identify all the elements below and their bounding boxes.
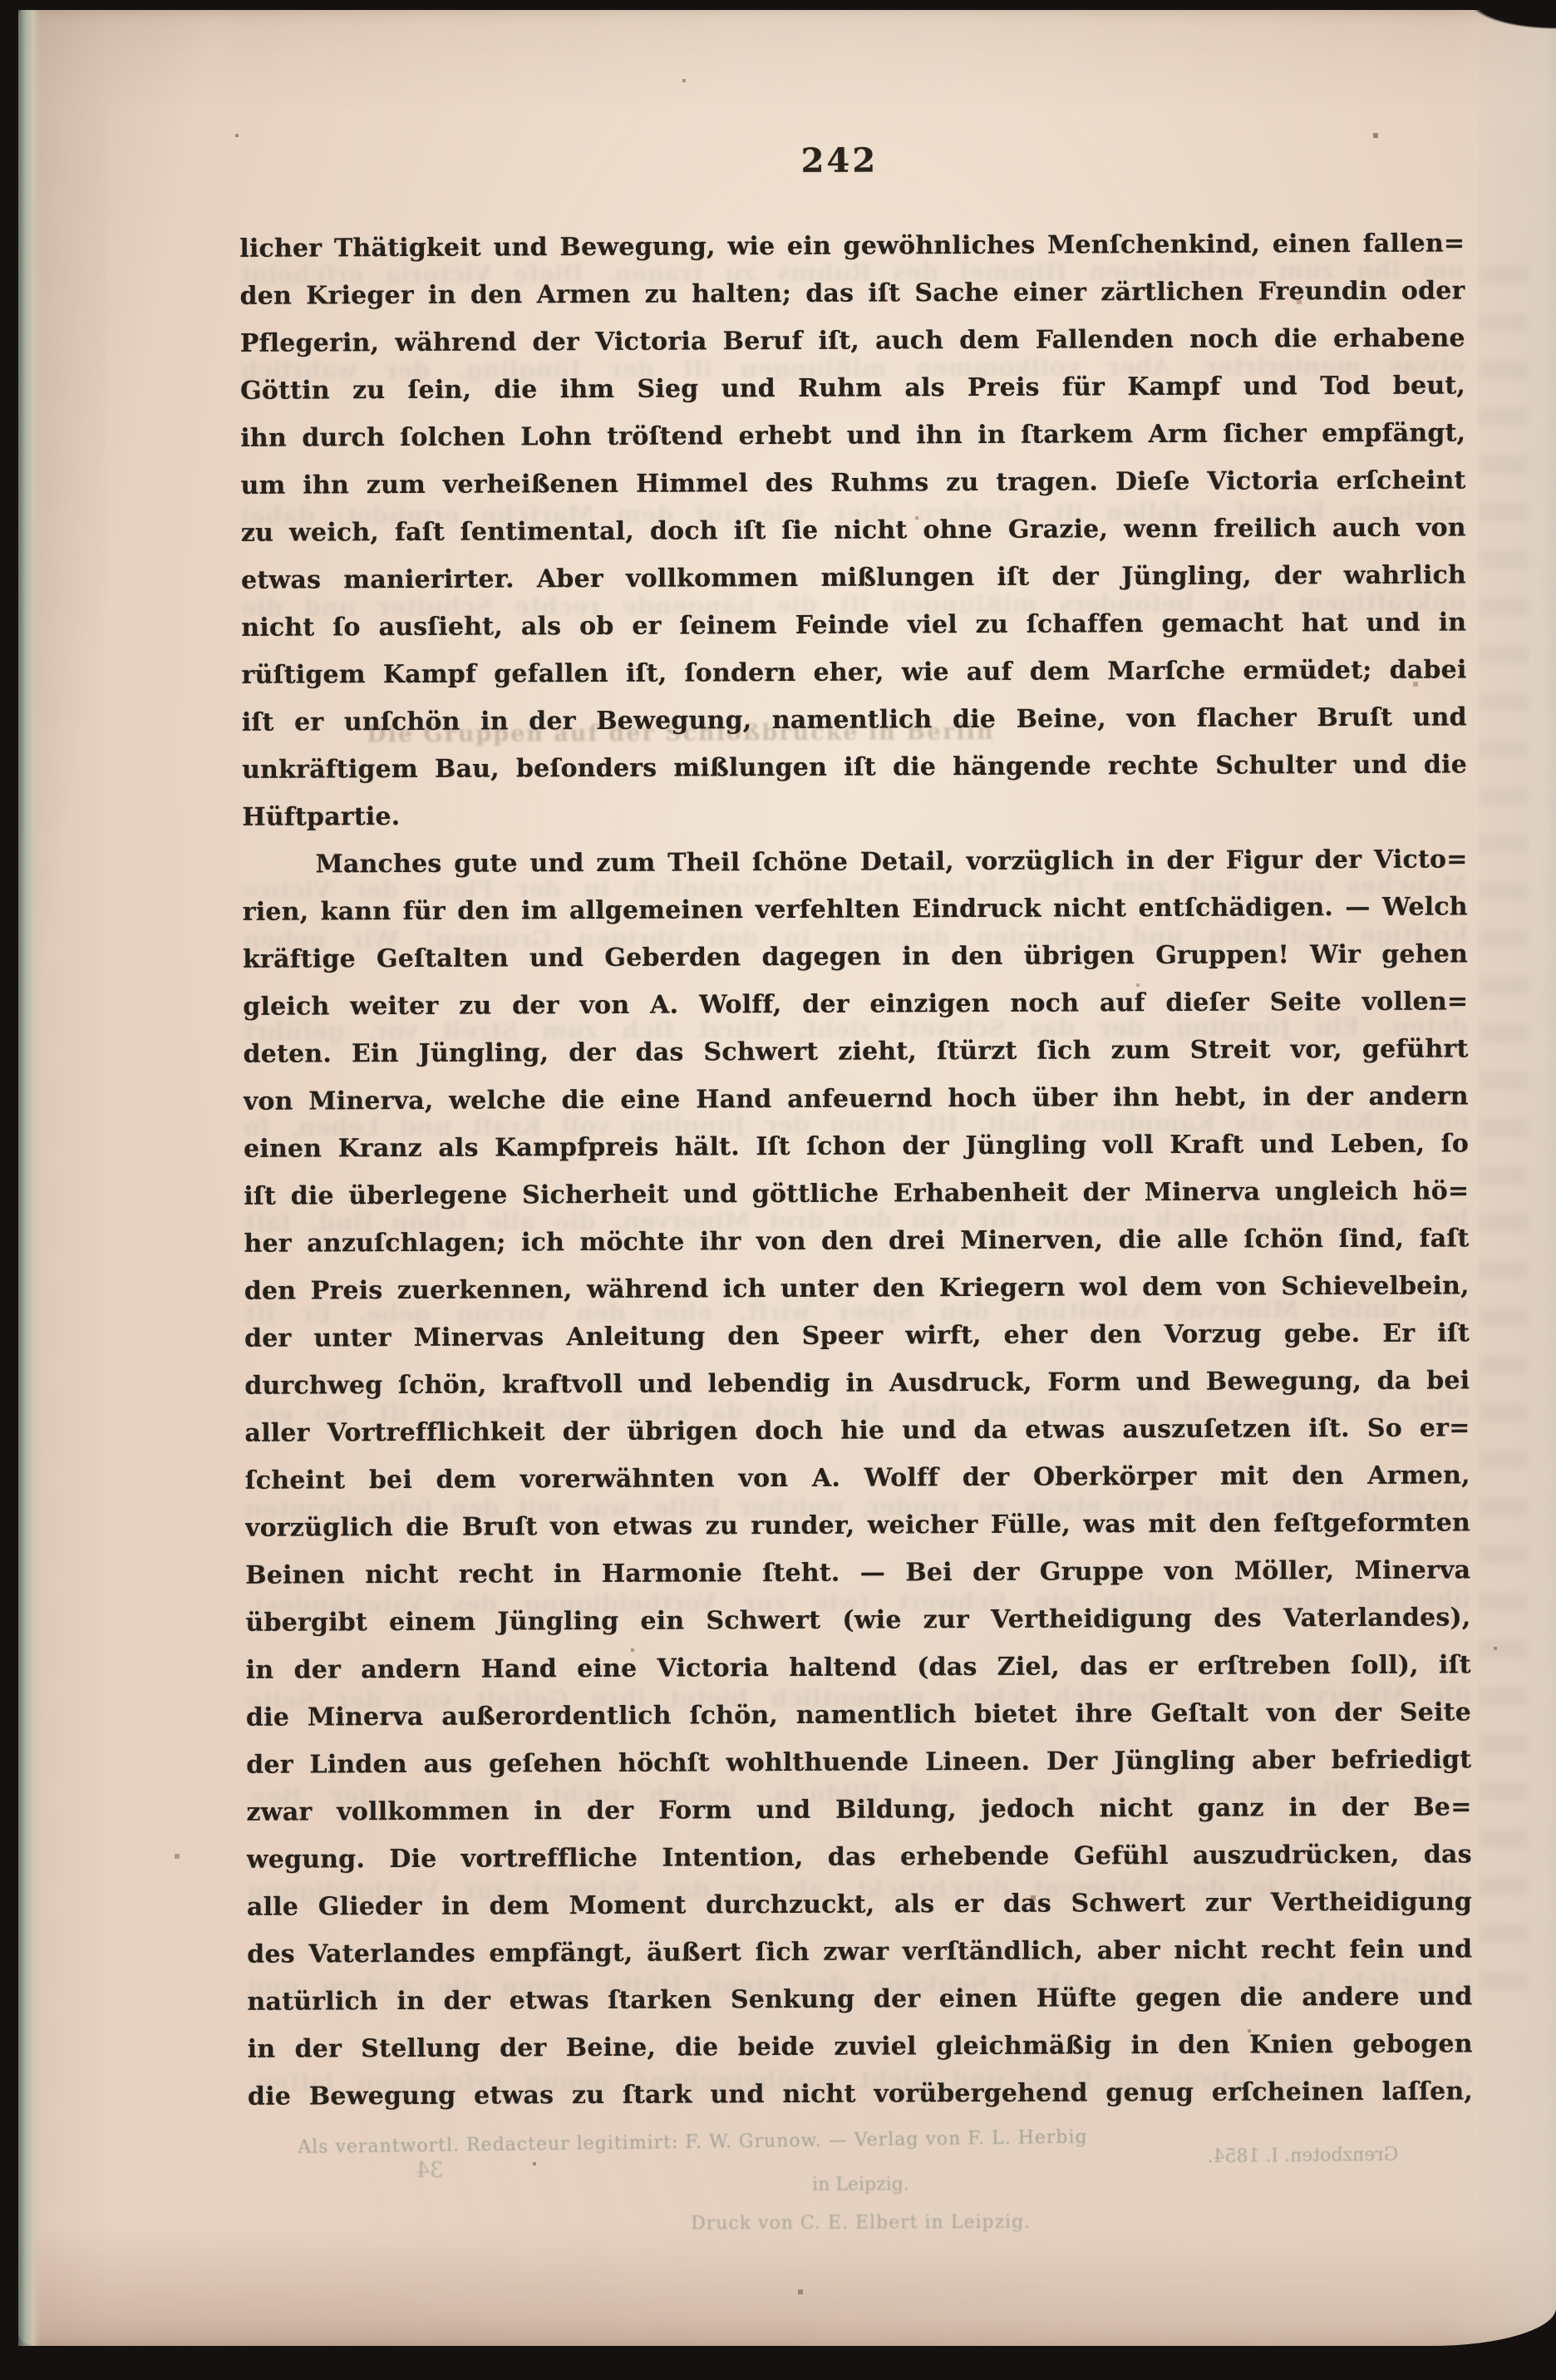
text-line: durchweg ſchön, kraftvoll und lebendig i… <box>244 1357 1470 1409</box>
text-line: ſcheint bei dem vorerwähnten von A. Wolf… <box>245 1451 1470 1504</box>
text-line: die Bewegung etwas zu ſtark und nicht vo… <box>248 2067 1473 2120</box>
journal-mark-mirrored: Grenzboten. I. 1854. <box>1107 2145 1398 2169</box>
text-line: Göttin zu ſein, die ihm Sieg und Ruhm al… <box>240 362 1465 414</box>
paper-specks <box>0 0 2 2</box>
text-line: um ihn zum verheißenen Himmel des Ruhms … <box>240 456 1465 509</box>
page-number: 242 <box>239 139 1440 183</box>
text-line: der Linden aus geſehen höchſt wohlthuend… <box>246 1736 1471 1788</box>
text-line: den Preis zuerkennen, während ich unter … <box>244 1262 1470 1314</box>
text-line: Pflegerin, während der Victoria Beruf iſ… <box>240 314 1465 367</box>
text-line: zwar vollkommen in der Form und Bildung,… <box>246 1783 1471 1836</box>
text-line: her anzuſchlagen; ich möchte ihr von den… <box>244 1215 1469 1267</box>
text-line: zu weich, faſt ſentimental, doch iſt ſie… <box>241 504 1466 556</box>
text-line: Beinen nicht recht in Harmonie ſteht. — … <box>245 1546 1470 1599</box>
text-line: iſt er unſchön in der Bewegung, namentli… <box>242 693 1467 746</box>
text-line: in der Stellung der Beine, die beide zuv… <box>248 2020 1473 2072</box>
imprint-publisher-line: in Leipzig. <box>248 2171 1473 2197</box>
text-line: natürlich in der etwas ſtarken Senkung d… <box>247 1973 1472 2025</box>
text-line: übergibt einem Jüngling ein Schwert (wie… <box>245 1594 1470 1646</box>
text-line: alle Glieder in dem Moment durchzuckt, a… <box>247 1878 1472 1930</box>
text-line: etwas manierirter. Aber vollkommen mißlu… <box>241 551 1466 604</box>
text-line: vorzüglich die Bruſt von etwas zu runder… <box>245 1499 1470 1551</box>
text-line: einen Kranz als Kampfpreis hält. Iſt ſch… <box>244 1120 1469 1172</box>
text-line: unkräftigem Bau, beſonders mißlungen iſt… <box>242 741 1467 793</box>
text-line: rüſtigem Kampf gefallen iſt, ſondern ehe… <box>241 646 1466 698</box>
text-line: aller Vortrefflichkeit der übrigen doch … <box>244 1404 1470 1456</box>
text-line: iſt die überlegene Sicherheit und göttli… <box>244 1167 1469 1220</box>
text-line: deten. Ein Jüngling, der das Schwert zie… <box>243 1025 1468 1077</box>
text-line: gleich weiter zu der von A. Wolff, der e… <box>243 978 1468 1030</box>
bleed-through-layer: Die Gruppen auf der Schloßbrücke in Berl… <box>0 0 1552 3</box>
printed-content: Die Gruppen auf der Schloßbrücke in Berl… <box>0 0 1556 2380</box>
text-line: des Vaterlandes empfängt, äußert ſich zw… <box>247 1925 1472 1978</box>
text-line: ihn durch ſolchen Lohn tröſtend erhebt u… <box>240 409 1465 461</box>
text-line: nicht ſo ausſieht, als ob er ſeinem Fein… <box>241 599 1466 651</box>
imprint-printer-line: Druck von C. E. Elbert in Leipzig. <box>249 2210 1474 2235</box>
scanned-page: Die Gruppen auf der Schloßbrücke in Berl… <box>0 0 1556 2380</box>
text-line: von Minerva, welche die eine Hand anfeue… <box>244 1072 1469 1125</box>
text-line: kräftige Geſtalten und Geberden dagegen … <box>243 930 1468 983</box>
text-line: Manches gute und zum Theil ſchöne Detail… <box>242 835 1467 888</box>
text-line: Hüftpartie. <box>242 788 1467 840</box>
text-line: rien, kann für den im allgemeinen verfeh… <box>243 883 1468 935</box>
text-line: wegung. Die vortreffliche Intention, das… <box>247 1831 1472 1883</box>
text-line: den Krieger in den Armen zu halten; das … <box>239 267 1465 319</box>
text-line: licher Thätigkeit und Bewegung, wie ein … <box>239 219 1465 272</box>
text-line: in der andern Hand eine Victoria haltend… <box>246 1641 1471 1693</box>
text-line: der unter Minervas Anleitung den Speer w… <box>244 1309 1470 1362</box>
text-line: die Minerva außerordentlich ſchön, namen… <box>246 1688 1471 1741</box>
body-text: licher Thätigkeit und Bewegung, wie ein … <box>239 219 1473 2120</box>
